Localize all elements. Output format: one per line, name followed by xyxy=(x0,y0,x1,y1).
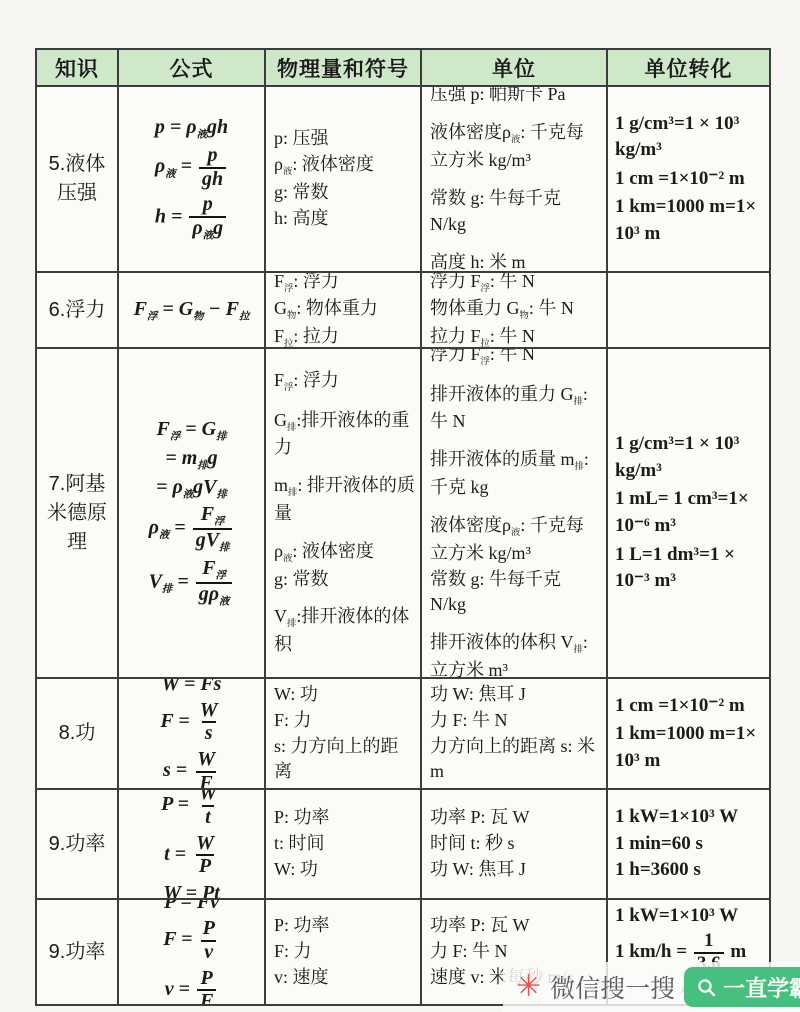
watermark-search-button[interactable]: 一直学霸 xyxy=(684,967,800,1007)
topic-label: 6.浮力 xyxy=(49,296,106,325)
cell-symbols: F浮: 浮力G物: 物体重力F拉: 拉力 xyxy=(266,273,422,349)
cell-topic: 7.阿基米德原理 xyxy=(37,349,119,679)
cell-units: 压强 p: 帕斯卡 Pa液体密度ρ液: 千克每立方米 kg/m³常数 g: 牛每… xyxy=(422,87,608,273)
watermark-button-label: 一直学霸 xyxy=(723,972,800,1003)
cell-formula: F浮 = G物 − F拉 xyxy=(119,273,266,349)
topic-label: 8.功 xyxy=(59,719,96,748)
cell-formula: p = ρ液ghρ液 = pghh = pρ液g xyxy=(119,87,266,273)
cell-conversion: 1 g/cm³=1 × 10³ kg/m³1 mL= 1 cm³=1× 10⁻⁶… xyxy=(608,349,771,679)
cell-conversion: 1 kW=1×10³ W1 min=60 s1 h=3600 s xyxy=(608,790,771,900)
cell-topic: 5.液体压强 xyxy=(37,87,119,273)
cell-symbols: P: 功率t: 时间W: 功 xyxy=(266,790,422,900)
watermark-search-text: 微信搜一搜 xyxy=(550,969,675,1005)
header-cell-units: 单位 xyxy=(422,50,608,87)
cell-topic: 9.功率 xyxy=(37,900,119,1006)
cell-units: 功率 P: 瓦 W时间 t: 秒 s功 W: 焦耳 J xyxy=(422,790,608,900)
header-cell-unit-conversion: 单位转化 xyxy=(608,50,771,87)
search-icon xyxy=(697,978,716,997)
header-cell-knowledge: 知识 xyxy=(37,50,119,87)
cell-formula: F浮 = G排= m排g= ρ液gV排ρ液 = F浮gV排V排 = F浮gρ液 xyxy=(119,349,266,679)
cell-symbols: F浮: 浮力G排:排开液体的重力m排: 排开液体的质量ρ液: 液体密度g: 常数… xyxy=(266,349,422,679)
watermark-bar: ✳ 微信搜一搜 一直学霸 xyxy=(503,962,800,1012)
cell-conversion: 1 cm =1×10⁻² m1 km=1000 m=1× 10³ m xyxy=(608,679,771,790)
formula-table: 知识 公式 物理量和符号 单位 单位转化 5.液体压强p = ρ液ghρ液 = … xyxy=(35,48,771,1006)
cell-symbols: W: 功F: 力s: 力方向上的距离 xyxy=(266,679,422,790)
cell-symbols: p: 压强ρ液: 液体密度g: 常数h: 高度 xyxy=(266,87,422,273)
cell-symbols: P: 功率F: 力v: 速度 xyxy=(266,900,422,1006)
topic-label: 7.阿基米德原理 xyxy=(39,470,115,557)
cell-topic: 6.浮力 xyxy=(37,273,119,349)
cell-formula: W = FsF = Wss = WF xyxy=(119,679,266,790)
scan-page: { "page": { "background": "#f7f6f2", "bo… xyxy=(0,0,800,1012)
cell-conversion: 1 g/cm³=1 × 10³ kg/m³1 cm =1×10⁻² m1 km=… xyxy=(608,87,771,273)
cell-units: 浮力 F浮: 牛 N物体重力 G物: 牛 N拉力 F拉: 牛 N xyxy=(422,273,608,349)
cell-units: 功 W: 焦耳 J力 F: 牛 N力方向上的距离 s: 米 m xyxy=(422,679,608,790)
topic-label: 9.功率 xyxy=(49,830,106,859)
header-cell-quantities-symbols: 物理量和符号 xyxy=(266,50,422,87)
cell-topic: 8.功 xyxy=(37,679,119,790)
topic-label: 5.液体压强 xyxy=(39,150,115,208)
cell-topic: 9.功率 xyxy=(37,790,119,900)
cell-units: 浮力 F浮: 牛 N排开液体的重力 G排: 牛 N排开液体的质量 m排: 千克 … xyxy=(422,349,608,679)
cell-formula: P = FvF = Pvv = PF xyxy=(119,900,266,1006)
wechat-search-logo-icon: ✳ xyxy=(516,972,541,1002)
cell-conversion xyxy=(608,273,771,349)
topic-label: 9.功率 xyxy=(49,938,106,967)
cell-formula: P = Wtt = WPW = Pt xyxy=(119,790,266,900)
header-cell-formula: 公式 xyxy=(119,50,266,87)
